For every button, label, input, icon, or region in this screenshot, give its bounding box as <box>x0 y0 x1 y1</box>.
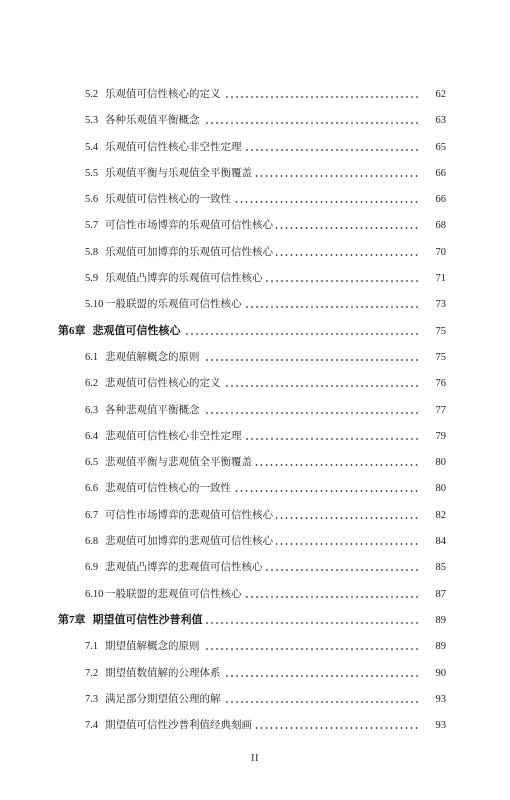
toc-leader-dots <box>245 299 420 310</box>
toc-entry-section: 5.9 乐观值凸博弈的乐观值可信性核心 71 <box>58 273 446 284</box>
toc-entry-number: 7.4 <box>85 720 105 731</box>
toc-entry-section: 6.2 悲观值可信性核心的定义 76 <box>58 378 446 389</box>
toc-entry-section: 5.4 乐观值可信性核心非空性定理 65 <box>58 142 446 153</box>
toc-entry-title: 乐观值可信性核心的定义 <box>105 89 221 100</box>
toc-leader-dots <box>255 457 419 468</box>
toc-entry-chapter: 第7章 期望值可信性沙普利值 89 <box>58 615 446 626</box>
toc-entry-section: 5.10 一般联盟的乐观值可信性核心 73 <box>58 299 446 310</box>
toc-entry-title: 乐观值可信性核心的一致性 <box>105 194 231 205</box>
toc-entry-number: 5.5 <box>85 168 105 179</box>
toc-entry-page: 76 <box>426 378 446 389</box>
toc-list: 5.2 乐观值可信性核心的定义 62 5.3 各种乐观值平衡概念 63 5.4 … <box>58 89 446 731</box>
toc-entry-page: 93 <box>426 720 446 731</box>
toc-entry-section: 7.4 期望值可信性沙普利值经典刻画 93 <box>58 720 446 731</box>
toc-leader-dots <box>276 220 419 231</box>
toc-leader-dots <box>203 352 420 363</box>
toc-entry-page: 62 <box>426 89 446 100</box>
toc-entry-section: 6.8 悲观值可加博弈的悲观值可信性核心 84 <box>58 536 446 547</box>
toc-entry-number: 6.5 <box>85 457 105 468</box>
toc-entry-page: 77 <box>426 405 446 416</box>
toc-entry-title: 满足部分期望值公理的解 <box>105 694 221 705</box>
toc-entry-number: 5.4 <box>85 142 105 153</box>
toc-entry-section: 7.3 满足部分期望值公理的解 93 <box>58 694 446 705</box>
toc-entry-section: 6.4 悲观值可信性核心非空性定理 79 <box>58 431 446 442</box>
toc-entry-number: 7.1 <box>85 641 105 652</box>
toc-entry-number: 6.6 <box>85 483 105 494</box>
toc-entry-section: 6.6 悲观值可信性核心的一致性 80 <box>58 483 446 494</box>
toc-leader-dots <box>276 247 419 258</box>
toc-entry-section: 5.7 可信性市场博弈的乐观值可信性核心 68 <box>58 220 446 231</box>
toc-entry-number: 7.3 <box>85 694 105 705</box>
toc-entry-page: 63 <box>426 115 446 126</box>
toc-entry-page: 68 <box>426 220 446 231</box>
toc-entry-title: 期望值可信性沙普利值 <box>93 615 203 626</box>
toc-entry-number: 6.10 <box>85 589 105 600</box>
toc-entry-section: 5.8 乐观值可加博弈的乐观值可信性核心 70 <box>58 247 446 258</box>
toc-entry-title: 一般联盟的乐观值可信性核心 <box>105 299 242 310</box>
toc-entry-section: 6.10 一般联盟的悲观值可信性核心 87 <box>58 589 446 600</box>
toc-entry-section: 7.1 期望值解概念的原则 89 <box>58 641 446 652</box>
toc-entry-title: 悲观值可信性核心的一致性 <box>105 483 231 494</box>
toc-entry-title: 悲观值可信性核心的定义 <box>105 378 221 389</box>
toc-entry-number: 第6章 <box>58 326 86 337</box>
toc-entry-title: 悲观值可加博弈的悲观值可信性核心 <box>105 536 273 547</box>
toc-leader-dots <box>266 273 420 284</box>
toc-leader-dots <box>276 536 419 547</box>
toc-leader-dots <box>234 483 419 494</box>
toc-entry-page: 89 <box>426 641 446 652</box>
toc-leader-dots <box>203 405 420 416</box>
toc-leader-dots <box>224 668 420 679</box>
toc-entry-section: 5.2 乐观值可信性核心的定义 62 <box>58 89 446 100</box>
toc-entry-number: 6.2 <box>85 378 105 389</box>
toc-entry-page: 85 <box>426 562 446 573</box>
toc-entry-title: 乐观值可加博弈的乐观值可信性核心 <box>105 247 273 258</box>
toc-entry-number: 6.7 <box>85 510 105 521</box>
toc-entry-page: 75 <box>426 352 446 363</box>
toc-entry-title: 乐观值可信性核心非空性定理 <box>105 142 242 153</box>
toc-entry-page: 89 <box>426 615 446 626</box>
toc-entry-number: 5.7 <box>85 220 105 231</box>
toc-entry-title: 一般联盟的悲观值可信性核心 <box>105 589 242 600</box>
toc-entry-title: 悲观值平衡与悲观值全平衡覆盖 <box>105 457 252 468</box>
toc-entry-page: 65 <box>426 142 446 153</box>
toc-leader-dots <box>255 168 419 179</box>
toc-entry-page: 79 <box>426 431 446 442</box>
toc-entry-title: 期望值解概念的原则 <box>105 641 200 652</box>
toc-leader-dots <box>276 510 419 521</box>
toc-entry-title: 可信性市场博弈的悲观值可信性核心 <box>105 510 273 521</box>
page-number-footer: II <box>0 753 510 764</box>
toc-entry-title: 各种悲观值平衡概念 <box>105 405 200 416</box>
toc-entry-number: 5.8 <box>85 247 105 258</box>
toc-entry-page: 75 <box>426 326 446 337</box>
toc-entry-number: 6.9 <box>85 562 105 573</box>
toc-entry-title: 悲观值可信性核心 <box>93 326 181 337</box>
toc-entry-number: 5.9 <box>85 273 105 284</box>
toc-entry-section: 6.7 可信性市场博弈的悲观值可信性核心 82 <box>58 510 446 521</box>
toc-leader-dots <box>206 615 420 626</box>
toc-entry-page: 90 <box>426 668 446 679</box>
toc-entry-section: 6.1 悲观值解概念的原则 75 <box>58 352 446 363</box>
toc-entry-page: 66 <box>426 194 446 205</box>
toc-leader-dots <box>224 89 420 100</box>
toc-entry-section: 6.9 悲观值凸博弈的悲观值可信性核心 85 <box>58 562 446 573</box>
toc-entry-section: 6.5 悲观值平衡与悲观值全平衡覆盖 80 <box>58 457 446 468</box>
toc-leader-dots <box>224 378 420 389</box>
toc-entry-page: 80 <box>426 483 446 494</box>
toc-leader-dots <box>245 142 420 153</box>
toc-leader-dots <box>224 694 420 705</box>
toc-entry-title: 期望值数值解的公理体系 <box>105 668 221 679</box>
toc-entry-number: 5.10 <box>85 299 105 310</box>
toc-page: 5.2 乐观值可信性核心的定义 62 5.3 各种乐观值平衡概念 63 5.4 … <box>0 0 510 800</box>
toc-entry-number: 6.8 <box>85 536 105 547</box>
toc-entry-number: 6.3 <box>85 405 105 416</box>
toc-entry-section: 5.6 乐观值可信性核心的一致性 66 <box>58 194 446 205</box>
toc-entry-page: 93 <box>426 694 446 705</box>
toc-entry-page: 87 <box>426 589 446 600</box>
toc-entry-page: 82 <box>426 510 446 521</box>
toc-entry-title: 乐观值平衡与乐观值全平衡覆盖 <box>105 168 252 179</box>
toc-entry-chapter: 第6章 悲观值可信性核心 75 <box>58 326 446 337</box>
toc-entry-number: 6.4 <box>85 431 105 442</box>
toc-entry-title: 悲观值凸博弈的悲观值可信性核心 <box>105 562 263 573</box>
toc-entry-page: 84 <box>426 536 446 547</box>
toc-entry-page: 70 <box>426 247 446 258</box>
toc-entry-section: 7.2 期望值数值解的公理体系 90 <box>58 668 446 679</box>
toc-entry-page: 73 <box>426 299 446 310</box>
toc-leader-dots <box>255 720 419 731</box>
toc-entry-section: 6.3 各种悲观值平衡概念 77 <box>58 405 446 416</box>
toc-entry-title: 可信性市场博弈的乐观值可信性核心 <box>105 220 273 231</box>
toc-entry-title: 各种乐观值平衡概念 <box>105 115 200 126</box>
toc-leader-dots <box>234 194 419 205</box>
toc-entry-number: 6.1 <box>85 352 105 363</box>
toc-entry-title: 乐观值凸博弈的乐观值可信性核心 <box>105 273 263 284</box>
toc-entry-page: 80 <box>426 457 446 468</box>
toc-entry-page: 71 <box>426 273 446 284</box>
toc-leader-dots <box>245 589 420 600</box>
toc-leader-dots <box>184 326 420 337</box>
toc-entry-title: 悲观值解概念的原则 <box>105 352 200 363</box>
toc-leader-dots <box>245 431 420 442</box>
toc-entry-title: 悲观值可信性核心非空性定理 <box>105 431 242 442</box>
toc-entry-number: 5.3 <box>85 115 105 126</box>
toc-entry-section: 5.3 各种乐观值平衡概念 63 <box>58 115 446 126</box>
toc-entry-page: 66 <box>426 168 446 179</box>
toc-entry-section: 5.5 乐观值平衡与乐观值全平衡覆盖 66 <box>58 168 446 179</box>
toc-entry-number: 第7章 <box>58 615 86 626</box>
toc-leader-dots <box>203 115 420 126</box>
toc-entry-title: 期望值可信性沙普利值经典刻画 <box>105 720 252 731</box>
toc-leader-dots <box>203 641 420 652</box>
toc-entry-number: 7.2 <box>85 668 105 679</box>
toc-leader-dots <box>266 562 420 573</box>
toc-entry-number: 5.6 <box>85 194 105 205</box>
toc-entry-number: 5.2 <box>85 89 105 100</box>
